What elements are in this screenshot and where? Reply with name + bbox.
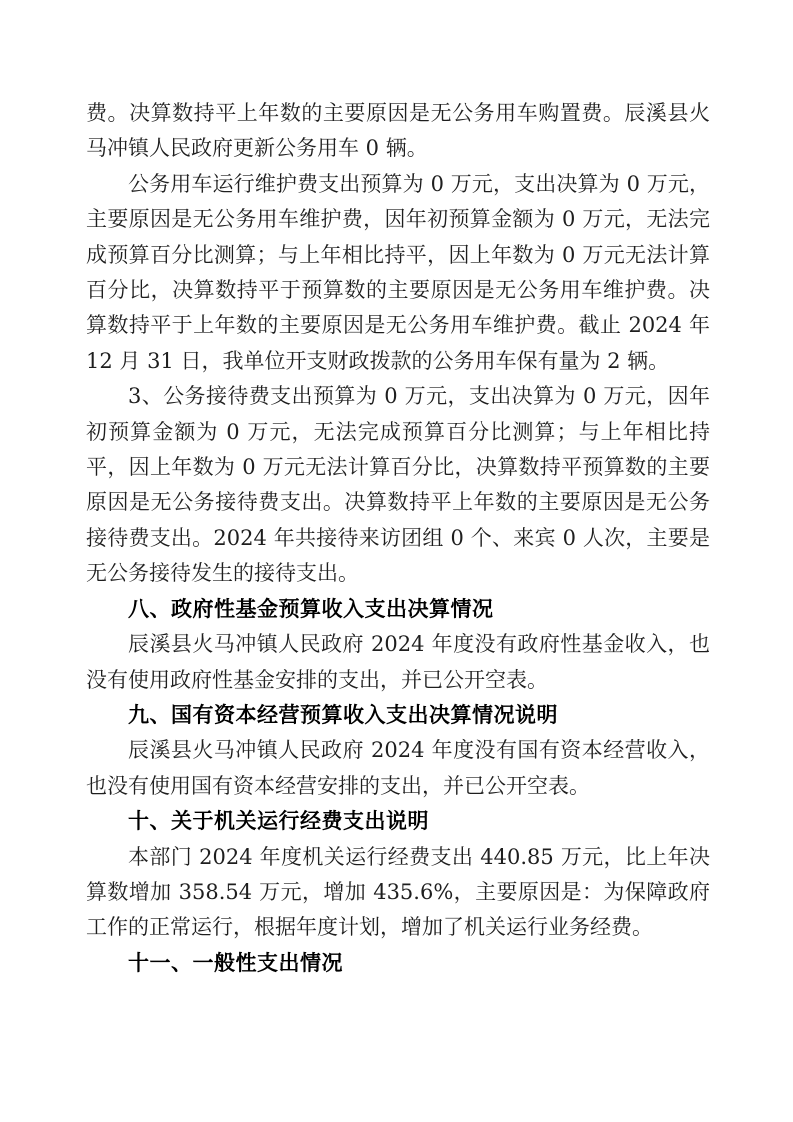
document-body: 费。决算数持平上年数的主要原因是无公务用车购置费。辰溪县火马冲镇人民政府更新公务…: [86, 96, 710, 981]
section-heading: 九、国有资本经营预算收入支出决算情况说明: [86, 698, 710, 733]
section-heading: 十、关于机关运行经费支出说明: [86, 804, 710, 839]
paragraph: 辰溪县火马冲镇人民政府 2024 年度没有国有资本经营收入，也没有使用国有资本经…: [86, 733, 710, 804]
paragraph-continuation: 费。决算数持平上年数的主要原因是无公务用车购置费。辰溪县火马冲镇人民政府更新公务…: [86, 96, 710, 167]
document-page: 费。决算数持平上年数的主要原因是无公务用车购置费。辰溪县火马冲镇人民政府更新公务…: [0, 0, 793, 1122]
paragraph: 3、公务接待费支出预算为 0 万元，支出决算为 0 万元，因年初预算金额为 0 …: [86, 379, 710, 591]
paragraph: 公务用车运行维护费支出预算为 0 万元，支出决算为 0 万元，主要原因是无公务用…: [86, 167, 710, 379]
paragraph: 辰溪县火马冲镇人民政府 2024 年度没有政府性基金收入，也没有使用政府性基金安…: [86, 627, 710, 698]
paragraph: 本部门 2024 年度机关运行经费支出 440.85 万元，比上年决算数增加 3…: [86, 840, 710, 946]
section-heading: 十一、一般性支出情况: [86, 946, 710, 981]
section-heading: 八、政府性基金预算收入支出决算情况: [86, 592, 710, 627]
